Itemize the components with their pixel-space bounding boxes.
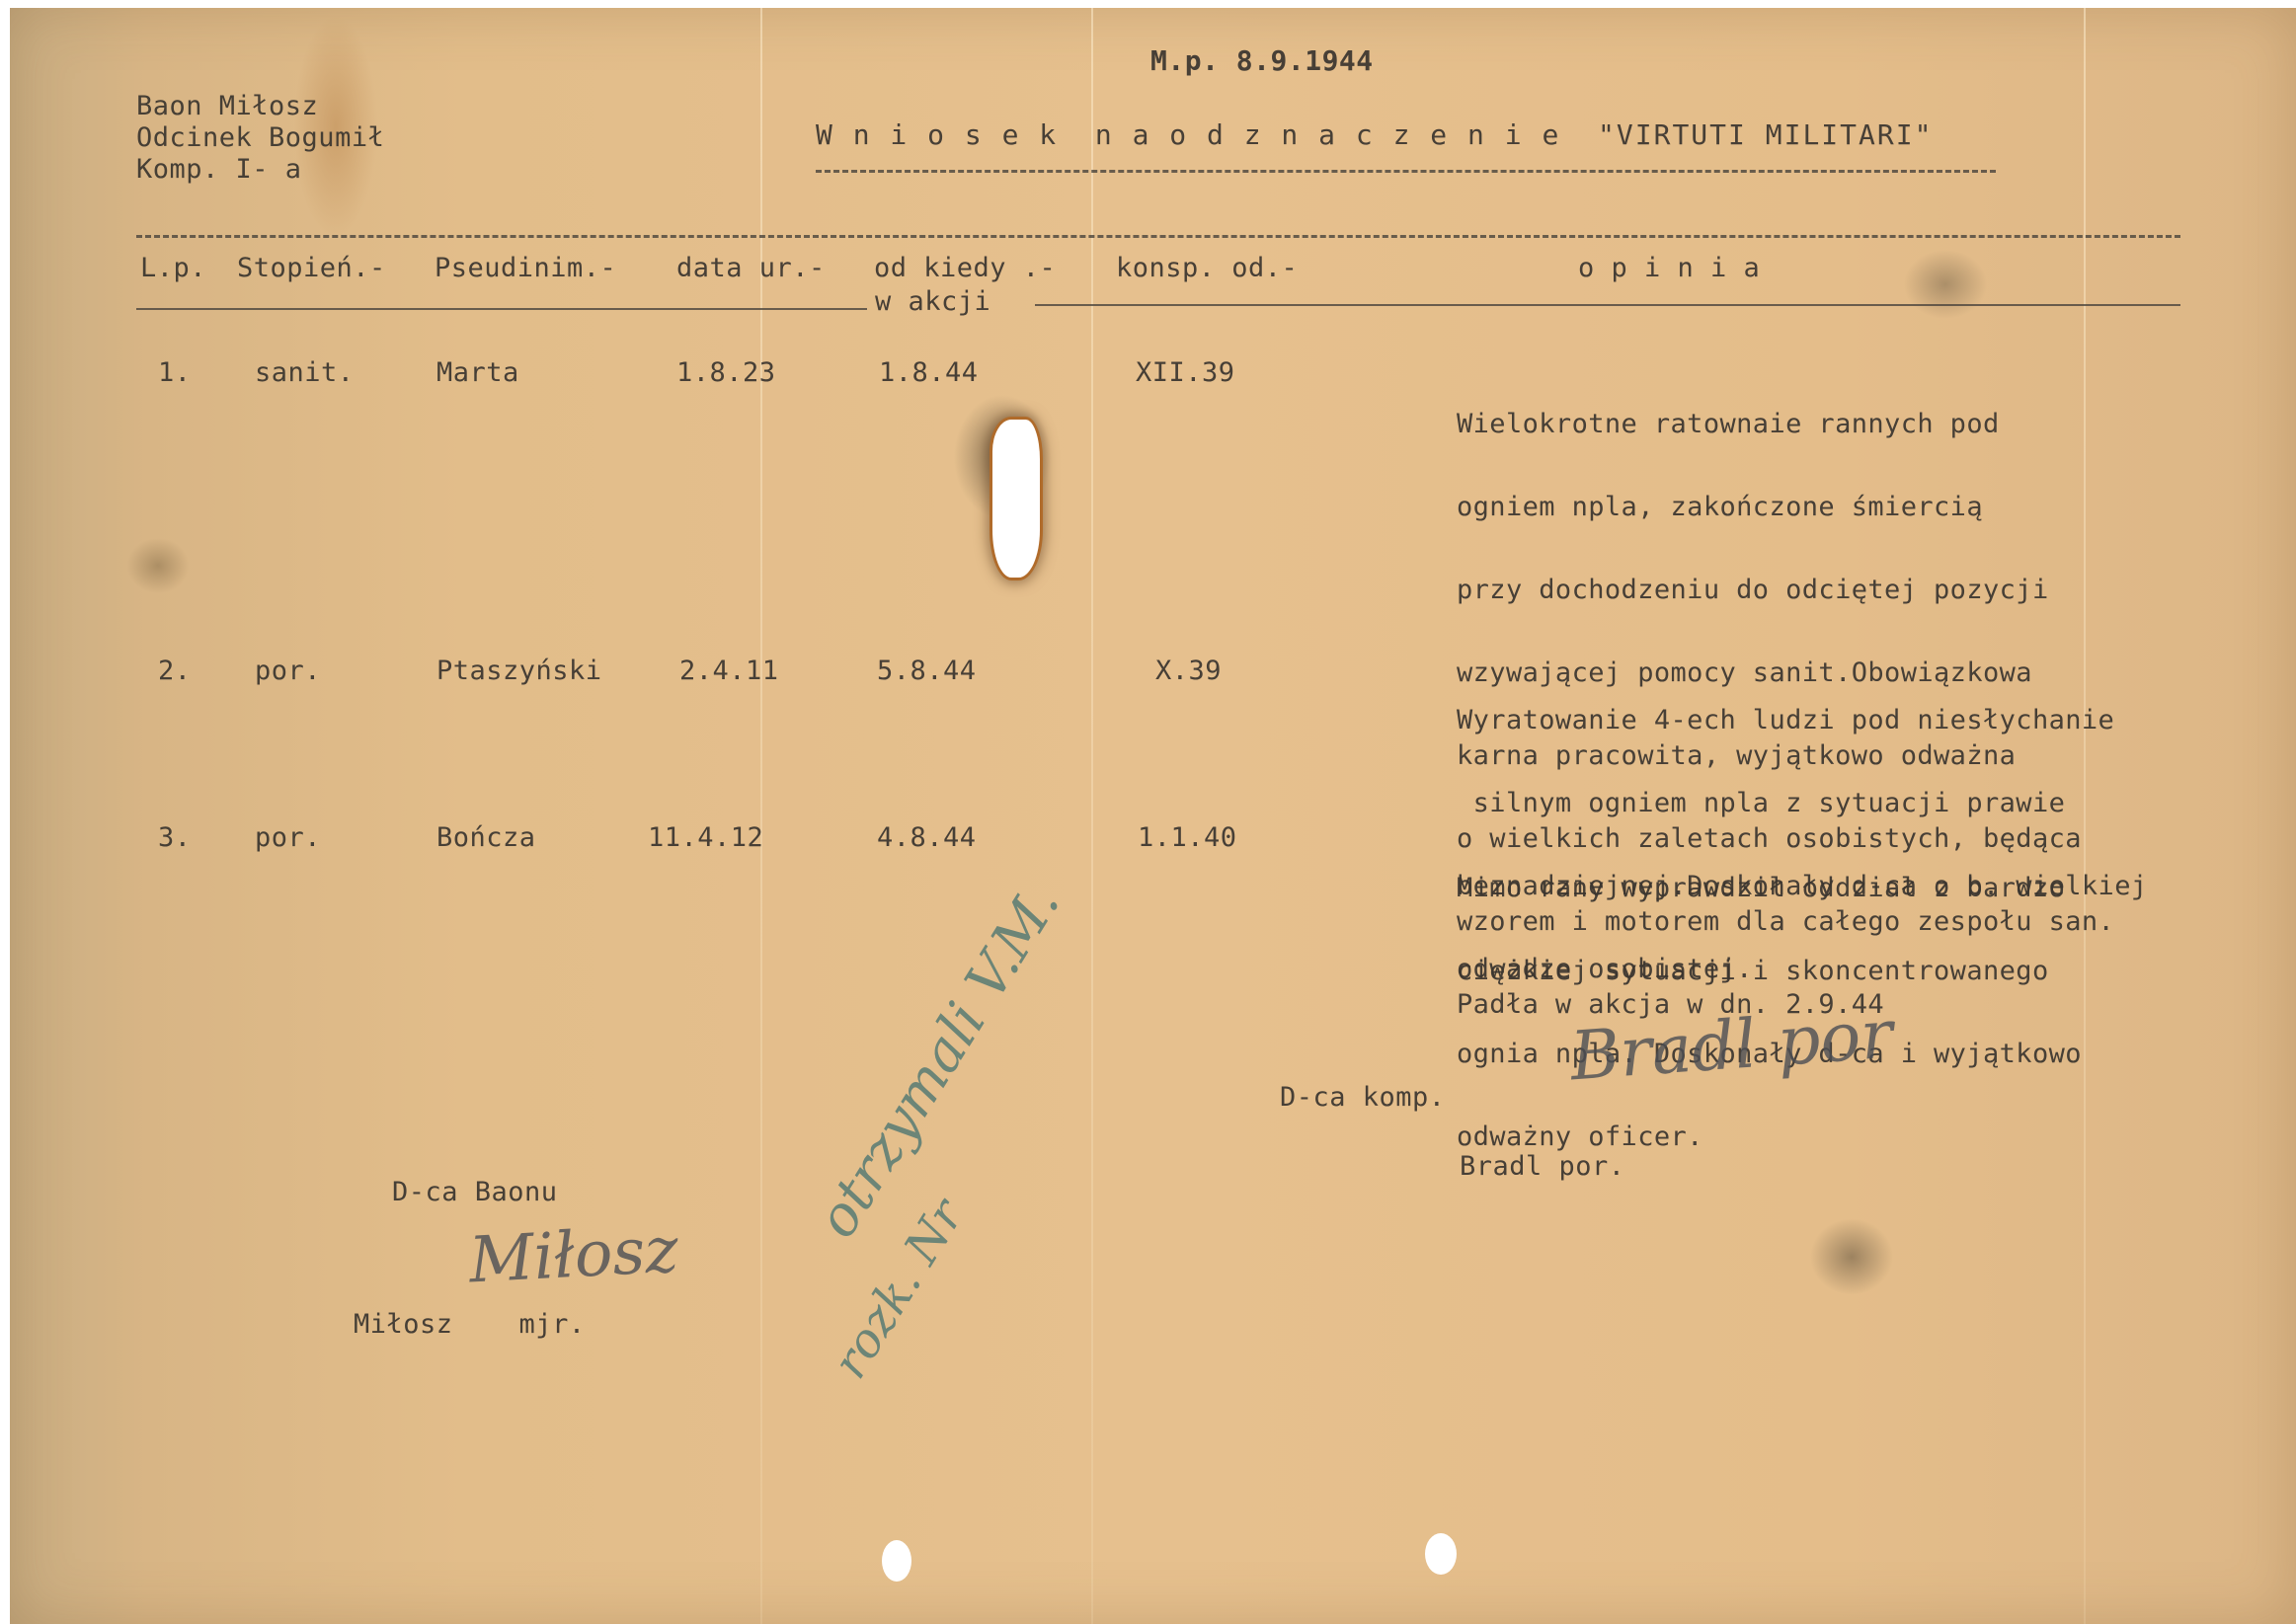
opinion-line: silnym ogniem npla z sytuacji prawie [1457,790,2148,817]
col-header-subtitle: w akcji [875,286,990,317]
col-header-underground: konsp. od.- [1116,253,1298,283]
cell-lp: 3. [158,822,192,853]
cell-lp: 1. [158,357,192,388]
opinion-line: Mimo rany wyprawdził oddział z bardzo [1457,875,2082,902]
col-header-rank: Stopień.- [237,253,386,283]
unit-company: Komp. I- a [136,154,302,185]
opinion-line: odważny oficer. [1457,1123,2082,1151]
table-header-rule-right [1035,304,2180,306]
punch-hole [1425,1533,1457,1575]
cell-born: 2.4.11 [679,656,779,686]
cell-in-action: 1.8.44 [879,357,979,388]
title-underline [816,170,1996,173]
opinion-line: ogniem npla, zakończone śmiercią [1457,494,2114,521]
table-top-rule [136,235,2180,238]
cell-in-action: 4.8.44 [877,822,977,853]
col-header-pseudonym: Pseudinim.- [435,253,616,283]
cell-rank: sanit. [255,357,355,388]
col-header-opinion: o p i n i a [1578,253,1760,283]
document-title: W n i o s e k n a o d z n a c z e n i e … [816,118,1933,151]
cell-pseudonym: Marta [436,357,519,388]
punch-hole [882,1540,911,1582]
battalion-commander-signature: Miłosz [467,1214,679,1298]
paper-fold [1091,8,1093,1624]
company-commander-name: Bradl por. [1460,1151,1625,1182]
burn-hole [992,420,1040,578]
cell-underground: 1.1.40 [1138,822,1237,853]
unit-battalion: Baon Miłosz [136,91,318,121]
col-header-lp: L.p. [140,253,206,283]
cell-rank: por. [255,822,321,853]
table-header-rule-left [136,308,867,310]
col-header-in-action: od kiedy .- [874,253,1056,283]
unit-sector: Odcinek Bogumił [136,122,384,153]
opinion-line: ciężkiej sytuacji i skoncentrowanego [1457,958,2082,985]
battalion-commander-label: D-ca Baonu [392,1177,558,1207]
paper-fold [760,8,762,1624]
cell-pseudonym: Bończa [436,822,536,853]
cell-born: 1.8.23 [676,357,776,388]
company-commander-label: D-ca komp. [1280,1082,1446,1113]
cell-born: 11.4.12 [648,822,763,853]
cell-underground: XII.39 [1136,357,1235,388]
cell-pseudonym: Ptaszyński [436,656,602,686]
cell-in-action: 5.8.44 [877,656,977,686]
battalion-commander-name: Miłosz mjr. [354,1309,586,1340]
opinion-line: Wyratowanie 4-ech ludzi pod niesłychanie [1457,707,2148,735]
place-date: M.p. 8.9.1944 [1150,44,1374,77]
opinion-line: przy dochodzeniu do odciętej pozycji [1457,577,2114,604]
cell-underground: X.39 [1155,656,1222,686]
col-header-born: data ur.- [676,253,826,283]
opinion-line: Wielokrotne ratownaie rannych pod [1457,411,2114,438]
cell-rank: por. [255,656,321,686]
cell-lp: 2. [158,656,192,686]
